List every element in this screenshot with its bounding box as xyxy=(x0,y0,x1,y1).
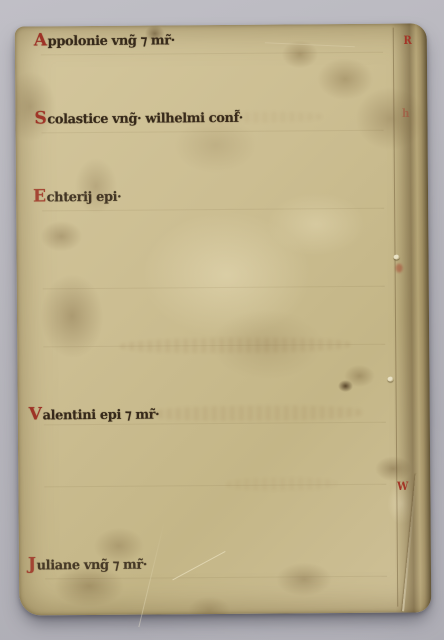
entry-text: alentini epi ⁊ mr̃· xyxy=(42,408,159,424)
edge-mark: W xyxy=(397,481,408,494)
rubric-initial: A xyxy=(34,30,47,50)
rubric-initial: S xyxy=(34,108,46,128)
ruling-line xyxy=(42,208,384,212)
sewing-bump xyxy=(393,255,399,260)
rubric-initial: J xyxy=(28,554,36,574)
edge-mark: h xyxy=(402,108,409,121)
rubric-initial: V xyxy=(29,404,42,424)
entry-text: chterij epi· xyxy=(47,190,122,206)
rubric-initial: E xyxy=(33,186,46,206)
crease xyxy=(138,522,164,627)
entry-text: ppolonie vng̃ ⁊ mr̃· xyxy=(48,33,175,49)
scratch xyxy=(265,42,355,47)
scratch xyxy=(172,551,225,580)
edge-mark-smudge xyxy=(396,264,403,273)
calendar-entry-valentini: Valentini epi ⁊ mr̃· xyxy=(29,404,160,425)
photo-backdrop: Appolonie vng̃ ⁊ mr̃· Scolastice vng̃· w… xyxy=(0,0,444,640)
ruling-line xyxy=(45,576,387,580)
manuscript-cover: Appolonie vng̃ ⁊ mr̃· Scolastice vng̃· w… xyxy=(15,23,432,615)
edge-mark: R xyxy=(403,35,411,48)
calendar-entry-appolonie: Appolonie vng̃ ⁊ mr̃· xyxy=(34,29,175,50)
sewing-bump xyxy=(387,377,393,382)
calendar-entry-echterij: Echterij epi· xyxy=(33,186,121,207)
entry-text: uliane vng̃ ⁊ mr̃· xyxy=(37,558,147,574)
ruling-line xyxy=(41,52,383,56)
ruling-line xyxy=(42,130,384,134)
ghost-text-smudge xyxy=(149,405,364,422)
ghost-text-smudge xyxy=(120,337,350,354)
ghost-text-smudge xyxy=(226,477,336,491)
ghost-text-smudge xyxy=(163,111,323,123)
ruling-line xyxy=(43,286,385,290)
calendar-entry-juliane: Juliane vng̃ ⁊ mr̃· xyxy=(28,554,147,575)
